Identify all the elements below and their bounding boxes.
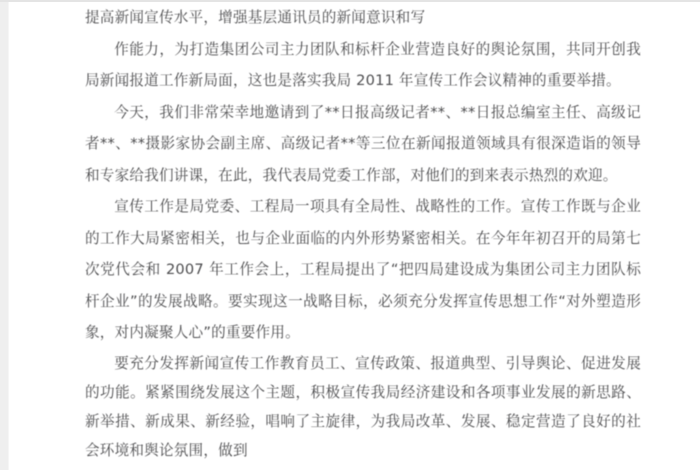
document-page: 提高新闻宣传水平，增强基层通讯员的新闻意识和写 作能力，为打造集团公司主力团队和…: [0, 0, 700, 470]
paragraph-continuation-line: 提高新闻宣传水平，增强基层通讯员的新闻意识和写: [85, 2, 641, 34]
paragraph-strategy: 宣传工作是局党委、工程局一项具有全局性、战略性的工作。宣传工作既与企业的工作大局…: [85, 191, 641, 349]
document-text-area: 提高新闻宣传水平，增强基层通讯员的新闻意识和写 作能力，为打造集团公司主力团队和…: [0, 0, 700, 465]
paragraph-function: 要充分发挥新闻宣传工作教育员工、宣传政策、报道典型、引导舆论、促进发展的功能。紧…: [85, 349, 641, 465]
paragraph-welcome: 今天，我们非常荣幸地邀请到了**日报高级记者**、**日报总编室主任、高级记者*…: [85, 97, 641, 192]
paragraph-goal: 作能力，为打造集团公司主力团队和标杆企业营造良好的舆论氛围，共同开创我局新闻报道…: [85, 34, 641, 97]
